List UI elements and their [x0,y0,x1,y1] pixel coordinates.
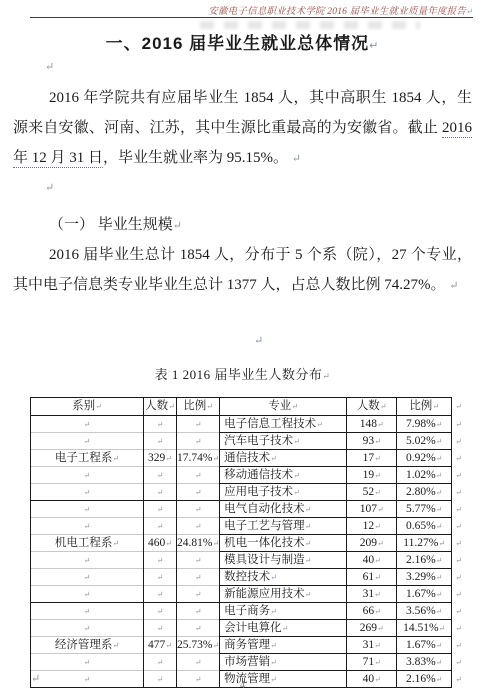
major-cell: 电子商务↵ [220,603,347,620]
paragraph-mark-icon: ↵ [270,641,277,650]
ratio-cell: 11.27%↵ [397,535,452,552]
paragraph-mark-icon: ↵ [195,658,202,667]
paragraph-mark-icon: ↵ [84,505,91,514]
ratio-cell: 1.67%↵ [397,586,452,603]
paragraph-mark-icon: ↵ [270,573,277,582]
dept-ratio-cell: ↵ [177,586,220,603]
ratio-cell: 1.02%↵ [397,467,452,484]
dept-count-cell: ↵ [144,518,177,535]
paragraph-mark-icon: ↵ [84,590,91,599]
paragraph-mark-icon: ↵ [436,437,443,446]
paragraph-mark-icon: ↵ [291,402,298,411]
major-cell: 通信技术↵ [220,450,347,467]
count-cell: 66↵ [347,603,397,620]
dept-count-cell: ↵ [144,603,177,620]
dept-ratio-cell: 25.73%↵ [177,637,220,654]
paragraph-mark-icon: ↵ [436,522,443,531]
end-of-row-mark-icon: ↵ [452,569,466,586]
dept-cell: ↵ [31,552,144,569]
count-cell: 19↵ [347,467,397,484]
dept-cell: 电子工程系↵ [31,450,144,467]
dept-cell: 经济管理系↵ [31,637,144,654]
dept-cell: ↵ [31,586,144,603]
paragraph-mark-icon: ↵ [195,522,202,531]
paragraph-mark-icon: ↵ [195,607,202,616]
major-cell: 新能源应用技术↵ [220,586,347,603]
graduate-distribution-table: 系别↵ 人数↵ 比例↵ 专业↵ 人数↵ 比例↵ ↵ ↵↵↵电子信息工程技术↵14… [30,397,466,688]
ratio-cell: 5.02%↵ [397,433,452,450]
major-cell: 机电一体化技术↵ [220,535,347,552]
paragraph-mark-icon: ↵ [45,181,54,194]
paragraph-mark-icon: ↵ [112,454,119,463]
paragraph-mark-icon: ↵ [377,505,384,514]
paragraph-mark-icon: ↵ [436,471,443,480]
page-title-text: 一、2016 届毕业生就业总体情况 [106,34,370,53]
section-heading-scale: （一） 毕业生规模↵ [13,210,472,241]
paragraph-mark-icon: ↵ [157,607,164,616]
paragraph-mark-icon: ↵ [195,437,202,446]
dept-count-cell: ↵ [144,416,177,433]
paragraph-mark-icon: ↵ [84,437,91,446]
paragraph-mark-icon: ↵ [84,607,91,616]
dept-cell: ↵ [31,620,144,637]
table-row: ↵↵↵应用电子技术↵52↵2.80%↵↵ [31,484,466,501]
paragraph-mark-icon: ↵ [374,658,381,667]
paragraph-mark-icon: ↵ [157,624,164,633]
page-number: 4 [0,680,485,691]
end-of-row-mark-icon: ↵ [452,603,466,620]
col-header-ratio: 比例↵ [397,398,452,416]
paragraph-mark-icon: ↵ [377,420,384,429]
paragraph-mark-icon: ↵ [84,471,91,480]
count-cell: 17↵ [347,450,397,467]
paragraph-mark-icon: ↵ [254,334,263,347]
paragraph-mark-icon: ↵ [436,488,443,497]
count-cell: 52↵ [347,484,397,501]
paragraph-mark-icon: ↵ [45,60,54,73]
table-row: ↵↵↵电子工艺与管理↵12↵0.65%↵↵ [31,518,466,535]
paragraph-mark-icon: ↵ [374,454,381,463]
paragraph-mark-icon: ↵ [195,471,202,480]
dept-count-cell: 329↵ [144,450,177,467]
paragraph-mark-icon: ↵ [212,641,219,650]
paragraph-mark-icon: ↵ [95,402,102,411]
paragraph-mark-icon: ↵ [293,471,300,480]
paragraph-mark-icon: ↵ [282,624,289,633]
table-row: 电子工程系↵329↵17.74%↵通信技术↵17↵0.92%↵↵ [31,450,466,467]
dept-count-cell: ↵ [144,586,177,603]
dept-count-cell: ↵ [144,484,177,501]
paragraph-mark-icon: ↵ [438,539,445,548]
count-cell: 209↵ [347,535,397,552]
paragraph-mark-icon: ↵ [157,420,164,429]
paragraph-mark-icon: ↵ [305,590,312,599]
ratio-cell: 3.83%↵ [397,654,452,671]
paragraph-mark-icon: ↵ [293,488,300,497]
dept-count-cell: ↵ [144,467,177,484]
end-of-row-mark-icon: ↵ [452,552,466,569]
dept-cell: 机电工程系↵ [31,535,144,552]
ratio-cell: 5.77%↵ [397,501,452,518]
paragraph-mark-icon: ↵ [377,624,384,633]
paragraph-mark-icon: ↵ [374,471,381,480]
end-of-row-mark-icon: ↵ [452,467,466,484]
major-cell: 会计电算化↵ [220,620,347,637]
col-header-dept-ratio: 比例↵ [177,398,220,416]
major-cell: 电子信息工程技术↵ [220,416,347,433]
dept-ratio-cell: ↵ [177,484,220,501]
paragraph-mark-icon: ↵ [436,556,443,565]
paragraph-mark-icon: ↵ [195,488,202,497]
paragraph-mark-icon: ↵ [436,573,443,582]
paragraph-mark-icon: ↵ [305,505,312,514]
paragraph-mark-icon: ↵ [270,607,277,616]
paragraph-mark-icon: ↵ [466,7,473,16]
dept-cell: ↵ [31,654,144,671]
end-of-row-mark-icon: ↵ [452,501,466,518]
paragraph-mark-icon: ↵ [305,556,312,565]
paragraph-mark-icon: ↵ [84,624,91,633]
table-row: 经济管理系↵477↵25.73%↵商务管理↵31↵1.67%↵↵ [31,637,466,654]
ratio-cell: 3.29%↵ [397,569,452,586]
dept-count-cell: 477↵ [144,637,177,654]
dept-cell: ↵ [31,484,144,501]
paragraph-scale: 2016 届毕业生总计 1854 人，分布于 5 个系（院），27 个专业，其中… [13,240,472,301]
paragraph-mark-icon: ↵ [165,454,172,463]
ratio-cell: 2.80%↵ [397,484,452,501]
ratio-cell: 0.92%↵ [397,450,452,467]
table-row: ↵↵↵汽车电子技术↵93↵5.02%↵↵ [31,433,466,450]
count-cell: 40↵ [347,552,397,569]
dept-ratio-cell: ↵ [177,620,220,637]
paragraph-mark-icon: ↵ [157,556,164,565]
dept-ratio-cell: ↵ [177,552,220,569]
header-rule [30,17,473,18]
end-of-row-mark-icon: ↵ [452,637,466,654]
paragraph-mark-icon: ↵ [165,641,172,650]
paragraph-mark-icon: ↵ [112,641,119,650]
major-cell: 应用电子技术↵ [220,484,347,501]
paragraph-mark-icon: ↵ [293,437,300,446]
dept-count-cell: ↵ [144,569,177,586]
count-cell: 61↵ [347,569,397,586]
count-cell: 31↵ [347,637,397,654]
end-of-row-mark-icon: ↵ [452,586,466,603]
paragraph-mark-icon: ↵ [374,437,381,446]
end-of-row-mark-icon: ↵ [452,450,466,467]
table-row: ↵↵↵新能源应用技术↵31↵1.67%↵↵ [31,586,466,603]
dept-count-cell: ↵ [144,501,177,518]
paragraph-mark-icon: ↵ [195,556,202,565]
page-title: 一、2016 届毕业生就业总体情况↵ [0,29,485,54]
end-of-row-mark-icon: ↵ [452,518,466,535]
table-row: ↵↵↵电气自动化技术↵107↵5.77%↵↵ [31,501,466,518]
dept-ratio-cell: ↵ [177,569,220,586]
paragraph-mark-icon: ↵ [436,454,443,463]
table-header-row: 系别↵ 人数↵ 比例↵ 专业↵ 人数↵ 比例↵ ↵ [31,398,466,416]
dept-ratio-cell: 17.74%↵ [177,450,220,467]
paragraph-mark-icon: ↵ [168,402,175,411]
paragraph-mark-icon: ↵ [436,420,443,429]
ratio-cell: 14.51%↵ [397,620,452,637]
paragraph-mark-icon: ↵ [195,573,202,582]
section-heading-text: （一） 毕业生规模 [49,217,173,233]
major-cell: 电气自动化技术↵ [220,501,347,518]
paragraph-mark-icon: ↵ [436,590,443,599]
paragraph-mark-icon: ↵ [165,539,172,548]
paragraph-mark-icon: ↵ [157,488,164,497]
paragraph-mark-icon: ↵ [195,624,202,633]
paragraph-mark-icon: ↵ [449,280,458,292]
paragraph-mark-icon: ↵ [270,658,277,667]
paragraph-overview: 2016 年学院共有应届毕业生 1854 人，其中高职生 1854 人，生源来自… [13,83,472,174]
paragraph-mark-icon: ↵ [322,371,330,381]
dept-cell: ↵ [31,467,144,484]
paragraph-mark-icon: ↵ [436,607,443,616]
count-cell: 31↵ [347,586,397,603]
table-caption: 表 1 2016 届毕业生人数分布↵ [0,364,485,383]
count-cell: 107↵ [347,501,397,518]
paragraph-mark-icon: ↵ [195,505,202,514]
table-row: ↵↵↵数控技术↵61↵3.29%↵↵ [31,569,466,586]
paragraph-mark-icon: ↵ [436,658,443,667]
ratio-cell: 3.56%↵ [397,603,452,620]
end-of-row-mark-icon: ↵ [452,433,466,450]
ratio-cell: 0.65%↵ [397,518,452,535]
paragraph-mark-icon: ↵ [157,505,164,514]
count-cell: 148↵ [347,416,397,433]
col-header-count: 人数↵ [347,398,397,416]
paragraph-mark-icon: ↵ [84,522,91,531]
paragraph-mark-icon: ↵ [157,658,164,667]
end-of-row-mark-icon: ↵ [452,398,466,416]
col-header-major: 专业↵ [220,398,347,416]
paragraph-mark-icon: ↵ [380,402,387,411]
paragraph-text: ，毕业生就业率为 95.15%。 [103,150,288,166]
paragraph-mark-icon: ↵ [84,488,91,497]
end-of-row-mark-icon: ↵ [452,535,466,552]
paragraph-mark-icon: ↵ [84,556,91,565]
dept-ratio-cell: ↵ [177,416,220,433]
major-cell: 商务管理↵ [220,637,347,654]
end-of-row-mark-icon: ↵ [452,416,466,433]
table-row: ↵↵↵电子信息工程技术↵148↵7.98%↵↵ [31,416,466,433]
major-cell: 模具设计与制造↵ [220,552,347,569]
paragraph-mark-icon: ↵ [212,539,219,548]
dept-ratio-cell: ↵ [177,603,220,620]
table-row: ↵↵↵模具设计与制造↵40↵2.16%↵↵ [31,552,466,569]
paragraph-mark-icon: ↵ [436,505,443,514]
paragraph-mark-icon: ↵ [195,590,202,599]
paragraph-text: 2016 年学院共有应届毕业生 1854 人，其中高职生 1854 人，生源来自… [13,90,472,136]
table-row: 机电工程系↵460↵24.81%↵机电一体化技术↵209↵11.27%↵↵ [31,535,466,552]
major-cell: 电子工艺与管理↵ [220,518,347,535]
paragraph-mark-icon: ↵ [436,641,443,650]
major-cell: 市场营销↵ [220,654,347,671]
table-row: ↵↵↵会计电算化↵269↵14.51%↵↵ [31,620,466,637]
col-header-dept-count: 人数↵ [144,398,177,416]
count-cell: 12↵ [347,518,397,535]
count-cell: 71↵ [347,654,397,671]
paragraph-mark-icon: ↵ [439,624,446,633]
paragraph-mark-icon: ↵ [374,573,381,582]
paragraph-mark-icon: ↵ [195,420,202,429]
paragraph-mark-icon: ↵ [316,420,323,429]
table-caption-text: 表 1 2016 届毕业生人数分布 [155,367,323,382]
paragraph-mark-icon: ↵ [212,454,219,463]
paragraph-mark-icon: ↵ [374,522,381,531]
paragraph-mark-icon: ↵ [374,556,381,565]
end-of-row-mark-icon: ↵ [452,654,466,671]
dept-ratio-cell: 24.81%↵ [177,535,220,552]
dept-count-cell: ↵ [144,433,177,450]
paragraph-mark-icon: ↵ [374,607,381,616]
paragraph-mark-icon: ↵ [292,153,301,165]
paragraph-mark-icon: ↵ [84,573,91,582]
document-page: 安徽电子信息职业技术学院 2016 届毕业生就业质量年度报告↵ 一、2016 届… [0,0,485,693]
running-header-text: 安徽电子信息职业技术学院 2016 届毕业生就业质量年度报告 [208,7,466,17]
ratio-cell: 2.16%↵ [397,552,452,569]
dept-cell: ↵ [31,501,144,518]
end-of-row-mark-icon: ↵ [452,484,466,501]
paragraph-mark-icon: ↵ [432,402,439,411]
ratio-cell: 7.98%↵ [397,416,452,433]
paragraph-mark-icon: ↵ [374,488,381,497]
paragraph-mark-icon: ↵ [84,420,91,429]
paragraph-mark-icon: ↵ [157,471,164,480]
count-cell: 269↵ [347,620,397,637]
ratio-cell: 1.67%↵ [397,637,452,654]
paragraph-mark-icon: ↵ [157,522,164,531]
dept-count-cell: ↵ [144,620,177,637]
paragraph-mark-icon: ↵ [112,539,119,548]
paragraph-mark-icon: ↵ [377,539,384,548]
paragraph-mark-icon: ↵ [369,40,379,52]
running-header: 安徽电子信息职业技术学院 2016 届毕业生就业质量年度报告↵ [13,3,473,17]
dept-ratio-cell: ↵ [177,518,220,535]
dept-ratio-cell: ↵ [177,467,220,484]
paragraph-mark-icon: ↵ [270,454,277,463]
major-cell: 移动通信技术↵ [220,467,347,484]
major-cell: 数控技术↵ [220,569,347,586]
paragraph-mark-icon: ↵ [305,522,312,531]
major-cell: 汽车电子技术↵ [220,433,347,450]
paragraph-mark-icon: ↵ [374,641,381,650]
table-body: ↵↵↵电子信息工程技术↵148↵7.98%↵↵↵↵↵汽车电子技术↵93↵5.02… [31,416,466,688]
count-cell: 93↵ [347,433,397,450]
paragraph-text: 2016 届毕业生总计 1854 人，分布于 5 个系（院），27 个专业，其中… [13,247,472,293]
dept-ratio-cell: ↵ [177,654,220,671]
paragraph-mark-icon: ↵ [157,573,164,582]
dept-cell: ↵ [31,518,144,535]
paragraph-mark-icon: ↵ [374,590,381,599]
dept-cell: ↵ [31,603,144,620]
dept-count-cell: 460↵ [144,535,177,552]
paragraph-mark-icon: ↵ [305,539,312,548]
dept-count-cell: ↵ [144,654,177,671]
table-row: ↵↵↵移动通信技术↵19↵1.02%↵↵ [31,467,466,484]
col-header-department: 系别↵ [31,398,144,416]
paragraph-mark-icon: ↵ [84,658,91,667]
dept-cell: ↵ [31,433,144,450]
paragraph-mark-icon: ↵ [173,220,182,232]
paragraph-mark-icon: ↵ [157,437,164,446]
paragraph-mark-icon: ↵ [206,402,213,411]
dept-count-cell: ↵ [144,552,177,569]
watermark-smudge [200,21,420,29]
table-row: ↵↵↵市场营销↵71↵3.83%↵↵ [31,654,466,671]
dept-ratio-cell: ↵ [177,501,220,518]
paragraph-mark-icon: ↵ [157,590,164,599]
dept-ratio-cell: ↵ [177,433,220,450]
end-of-row-mark-icon: ↵ [452,620,466,637]
dept-cell: ↵ [31,569,144,586]
table-row: ↵↵↵电子商务↵66↵3.56%↵↵ [31,603,466,620]
dept-cell: ↵ [31,416,144,433]
